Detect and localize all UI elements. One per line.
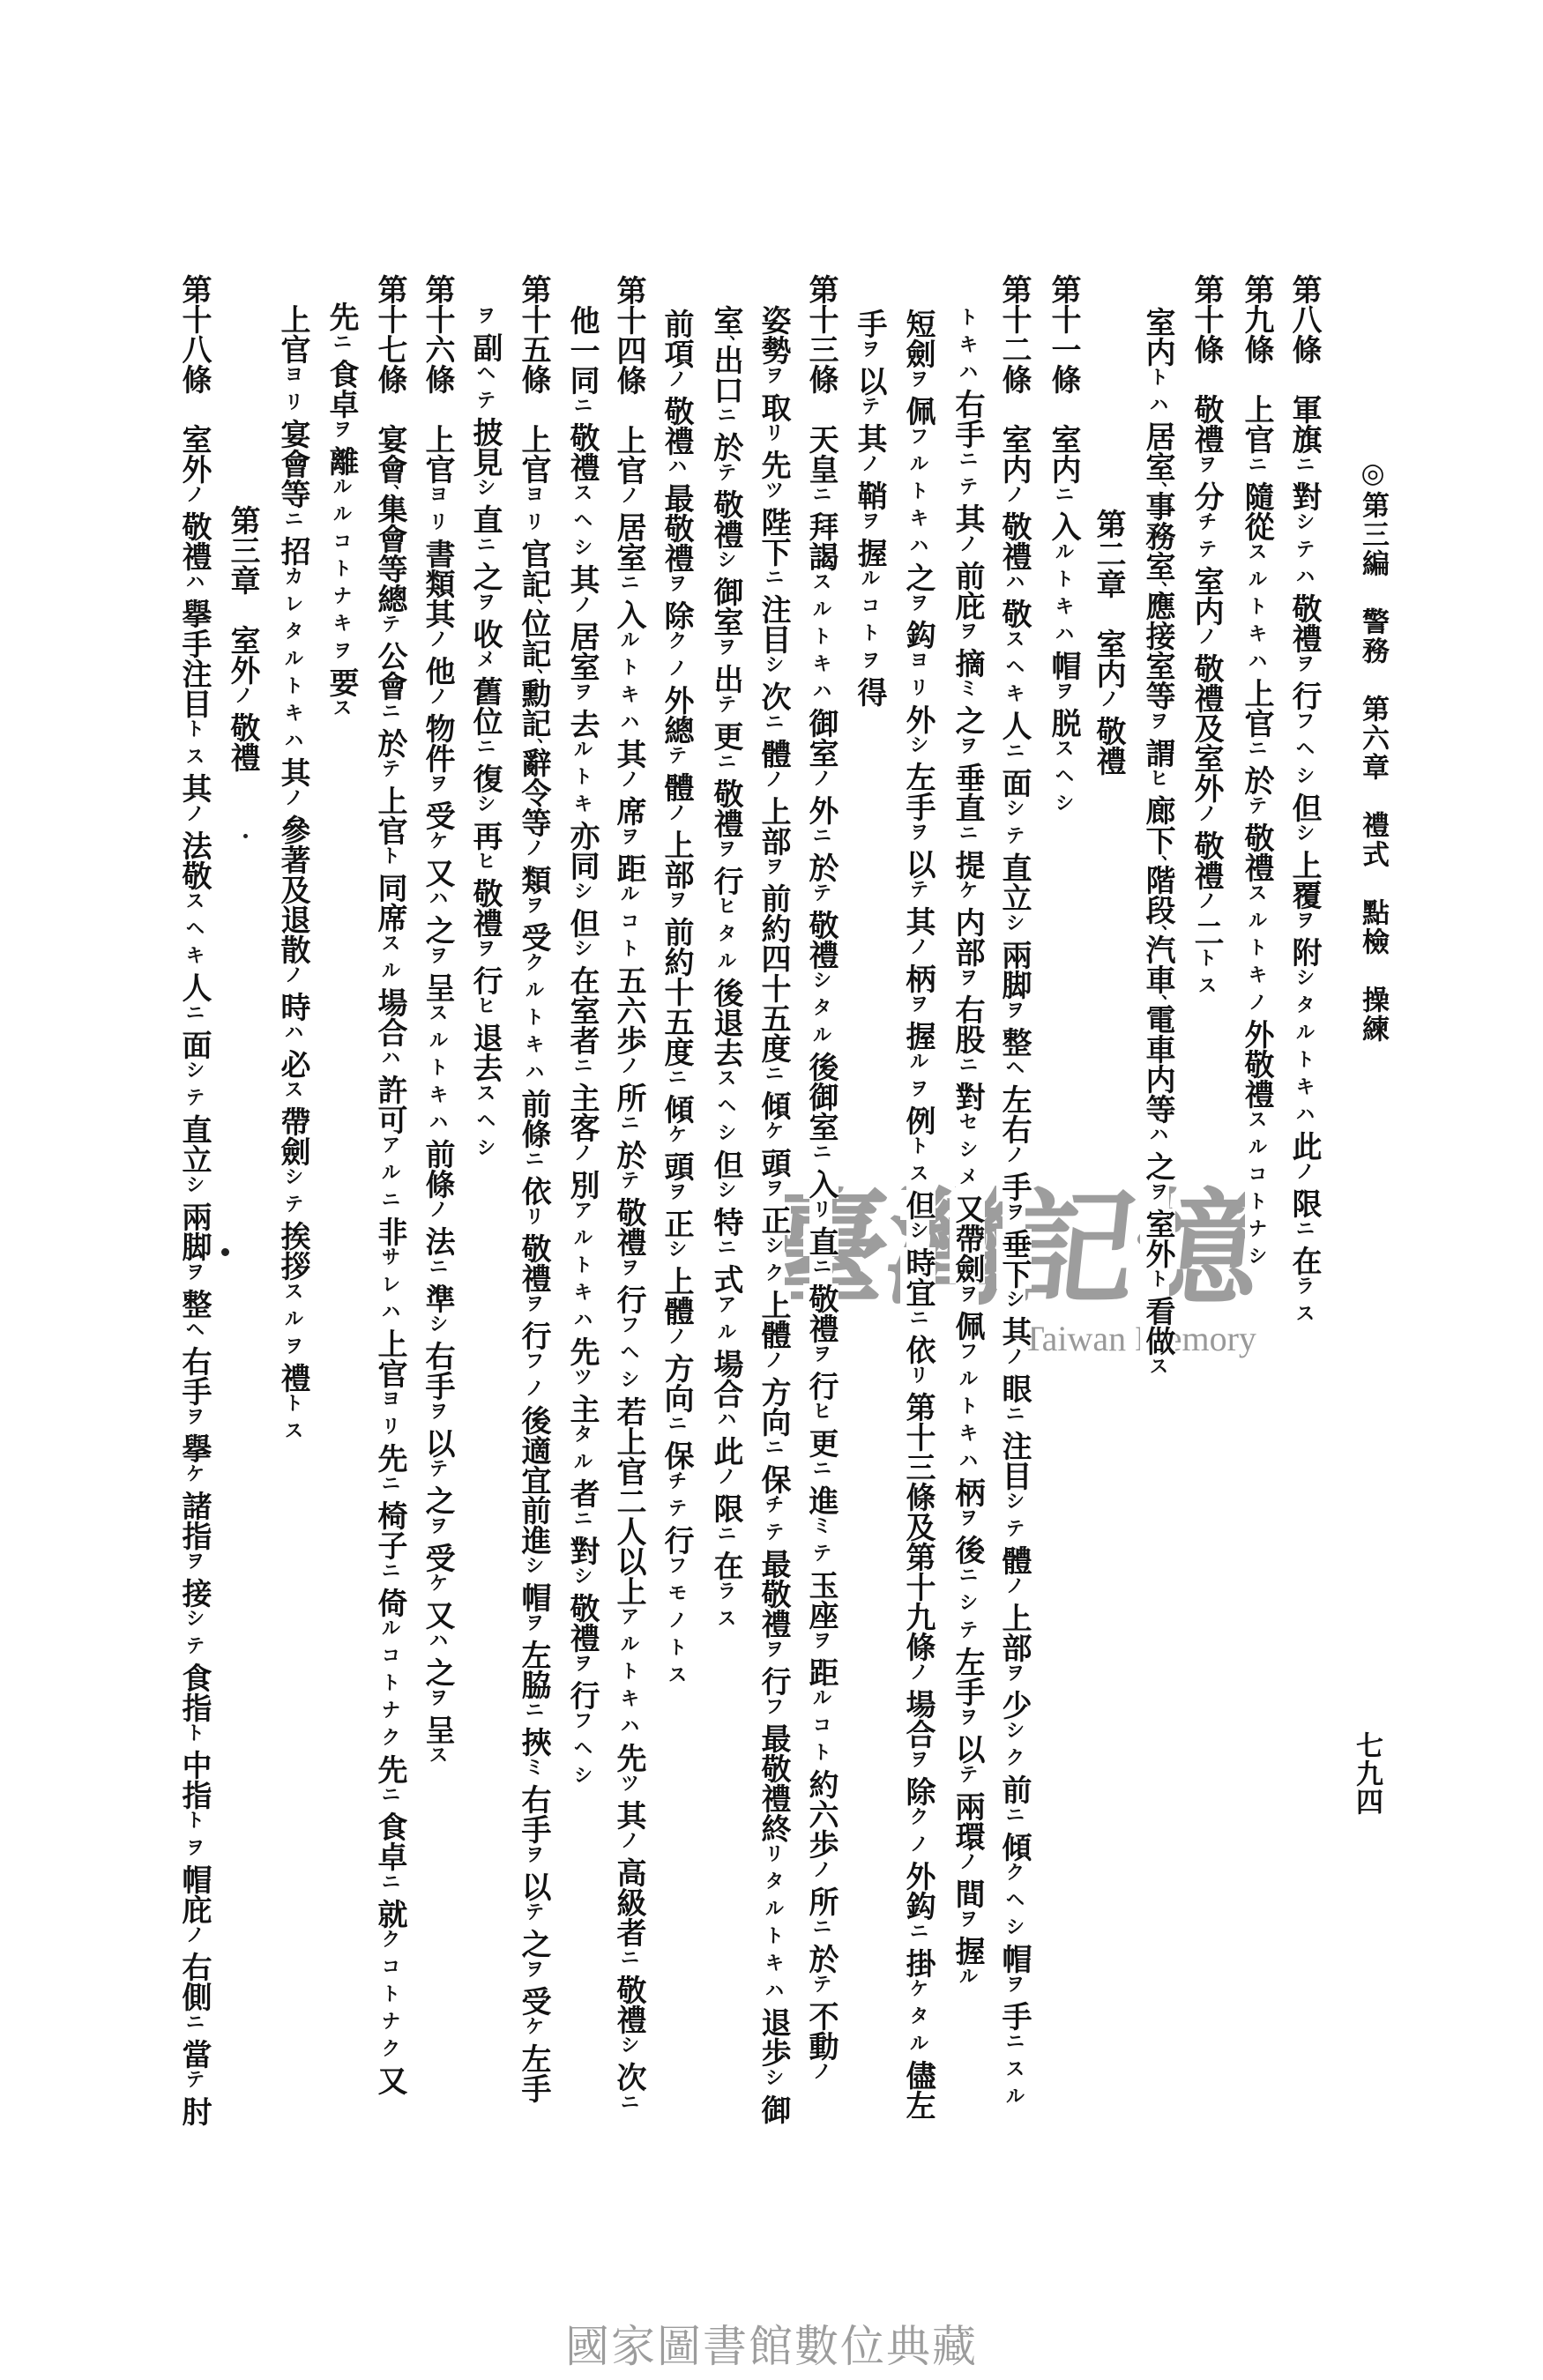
kana-glyph: キ bbox=[762, 1952, 785, 1980]
kana-glyph: ク bbox=[1003, 1862, 1025, 1889]
kanji-glyph: 進 bbox=[803, 1485, 839, 1515]
kanji-glyph: 等 bbox=[275, 479, 310, 509]
kana-glyph: テ bbox=[956, 1619, 979, 1647]
kanji-glyph: 敬 bbox=[1091, 716, 1126, 746]
kana-glyph: タ bbox=[809, 997, 832, 1024]
kana-glyph: ノ bbox=[906, 1662, 929, 1689]
kana-glyph: ヘ bbox=[1003, 1057, 1025, 1084]
kanji-glyph: 手 bbox=[996, 1171, 1032, 1201]
kanji-glyph: 六 bbox=[420, 334, 455, 364]
kana-glyph: シ bbox=[809, 970, 832, 997]
kanji-glyph: 體 bbox=[756, 739, 791, 769]
kanji-glyph: 第 bbox=[1189, 274, 1224, 304]
kana-glyph: ニ bbox=[281, 509, 304, 536]
kana-glyph: テ bbox=[1003, 825, 1025, 852]
kanji-glyph: 其 bbox=[852, 423, 887, 453]
kanji-glyph: 左 bbox=[516, 2043, 551, 2073]
kanji-glyph: 檢 bbox=[1357, 927, 1389, 956]
kana-glyph: ノ bbox=[906, 936, 929, 963]
kanji-glyph: 姿 bbox=[756, 305, 791, 335]
kanji-glyph: 行 bbox=[564, 1680, 600, 1710]
kanji-glyph: 度 bbox=[756, 1033, 791, 1063]
kana-glyph: ナ bbox=[330, 585, 353, 613]
kanji-glyph: 第 bbox=[1091, 509, 1126, 539]
kanji-glyph: 條 bbox=[516, 364, 551, 394]
kana-glyph: シ bbox=[473, 1137, 496, 1164]
kanji-glyph: 室 bbox=[708, 305, 743, 335]
kana-glyph: タ bbox=[281, 621, 304, 648]
kana-glyph: ハ bbox=[1146, 1124, 1169, 1151]
kana-glyph: コ bbox=[1245, 1164, 1268, 1191]
kanji-glyph: 見 bbox=[467, 447, 503, 477]
kana-glyph: ル bbox=[617, 1633, 640, 1661]
kanji-glyph: 兩 bbox=[950, 1791, 985, 1821]
kana-glyph: ツ bbox=[762, 480, 785, 507]
kanji-glyph: 左 bbox=[996, 1084, 1032, 1114]
kana-glyph: ニ bbox=[617, 572, 640, 599]
kanji-glyph: 之 bbox=[950, 705, 985, 735]
kanji-glyph: 去 bbox=[467, 1052, 503, 1082]
kanji-glyph: 二 bbox=[996, 334, 1032, 364]
kanji-glyph: 帽 bbox=[996, 1944, 1032, 1974]
kanji-glyph: 距 bbox=[611, 853, 646, 883]
kana-glyph: ク bbox=[1003, 1747, 1025, 1774]
kana-glyph: ヒ bbox=[473, 995, 496, 1023]
kana-glyph: ヲ bbox=[906, 993, 929, 1021]
kanji-glyph: 第 bbox=[1357, 695, 1389, 724]
kanji-glyph: 正 bbox=[659, 1209, 694, 1238]
kanji-glyph: 三 bbox=[900, 1452, 935, 1482]
kanji-glyph: 帶 bbox=[275, 1106, 310, 1136]
kanji-glyph: 室 bbox=[803, 1112, 839, 1142]
kana-glyph: ヘ bbox=[1003, 1889, 1025, 1916]
kana-glyph: フ bbox=[570, 1710, 593, 1737]
kana-glyph: ヘ bbox=[1293, 738, 1316, 765]
kanji-glyph: 三 bbox=[1357, 520, 1389, 549]
kana-glyph: ノ bbox=[617, 485, 640, 512]
kanji-glyph: 擧 bbox=[176, 1433, 212, 1463]
kana-glyph: ニ bbox=[1003, 1804, 1025, 1832]
kana-glyph: シ bbox=[1293, 967, 1316, 994]
kana-glyph: ニ bbox=[330, 331, 353, 359]
kanji-glyph: 内 bbox=[1046, 454, 1081, 484]
kanji-glyph: 但 bbox=[708, 1149, 743, 1179]
kanji-glyph: 上 bbox=[756, 1290, 791, 1320]
kana-glyph: シ bbox=[1052, 792, 1075, 820]
kanji-glyph: 應 bbox=[1140, 591, 1175, 621]
kanji-glyph: 約 bbox=[803, 1769, 839, 1799]
kana-glyph: ヲ bbox=[1146, 710, 1169, 738]
kanji-glyph: 令 bbox=[516, 777, 551, 807]
kanji-glyph: 肘 bbox=[176, 2096, 212, 2126]
kanji-glyph: 前 bbox=[756, 883, 791, 913]
kana-glyph: ハ bbox=[1003, 571, 1025, 599]
kanji-glyph: 禮 bbox=[708, 808, 743, 838]
kanji-glyph: 務 bbox=[1357, 636, 1389, 666]
kanji-glyph: 外 bbox=[803, 795, 839, 825]
kana-glyph: ニ bbox=[714, 751, 737, 778]
kanji-glyph: 直 bbox=[803, 1226, 839, 1256]
kanji-glyph: 其 bbox=[564, 564, 600, 594]
kanji-glyph: 右 bbox=[996, 1114, 1032, 1144]
kana-glyph: ル bbox=[714, 1321, 737, 1349]
kanji-glyph: 此 bbox=[1286, 1131, 1322, 1161]
kanji-glyph: 内 bbox=[1189, 596, 1224, 626]
kanji-glyph: 十 bbox=[996, 304, 1032, 334]
kanji-glyph: 官 bbox=[372, 815, 407, 845]
kana-glyph: ケ bbox=[906, 1978, 929, 2005]
kana-glyph: ノ bbox=[1195, 626, 1218, 653]
kana-glyph: リ bbox=[762, 422, 785, 450]
kana-glyph: ル bbox=[617, 629, 640, 657]
kanji-glyph: 章 bbox=[1091, 569, 1126, 599]
kanji-glyph: 食 bbox=[324, 359, 359, 389]
kanji-glyph: 合 bbox=[372, 1017, 407, 1047]
kanji-glyph: 上 bbox=[1286, 850, 1322, 880]
kanji-glyph: 事 bbox=[1140, 491, 1175, 521]
kana-glyph: ル bbox=[570, 1227, 593, 1254]
kana-glyph: キ bbox=[1003, 683, 1025, 710]
kanji-glyph: 劍 bbox=[900, 338, 935, 368]
kana-glyph: ヲ bbox=[665, 573, 688, 600]
kanji-glyph: 適 bbox=[516, 1435, 551, 1465]
kanji-glyph: 禮 bbox=[659, 426, 694, 456]
kanji-glyph: 呈 bbox=[420, 1714, 455, 1744]
kanji-glyph: 條 bbox=[996, 364, 1032, 394]
running-head: ◎第三編 警務 第六章 禮式 點檢 操練 bbox=[1359, 457, 1387, 1044]
kana-glyph: ハ bbox=[1245, 651, 1268, 678]
kanji-glyph: 帽 bbox=[176, 1864, 212, 1894]
article-17-line-3: 上官ヨリ宴會等ニ招カレタルトキハ其ノ參著及退散ノ時ハ必ス帶劍シテ挨拶スルヲ禮トス bbox=[278, 304, 308, 1447]
kanji-glyph: 内 bbox=[1140, 337, 1175, 367]
kana-glyph: ノ bbox=[183, 1924, 205, 1952]
kanji-glyph: 第 bbox=[225, 505, 260, 535]
kana-glyph: ス bbox=[809, 571, 832, 599]
kana-glyph: ナ bbox=[378, 1699, 401, 1727]
kanji-glyph: 眼 bbox=[996, 1373, 1032, 1403]
kanji-glyph: 四 bbox=[611, 335, 646, 365]
kana-glyph: ニ bbox=[762, 1437, 785, 1464]
kanji-glyph: 類 bbox=[516, 865, 551, 895]
kana-glyph: リ bbox=[378, 1416, 401, 1443]
kanji-glyph: 指 bbox=[176, 1780, 212, 1810]
kana-glyph: ノ bbox=[665, 658, 688, 685]
kana-glyph: キ bbox=[1245, 964, 1268, 992]
kanji-glyph: 六 bbox=[803, 1799, 839, 1829]
kana-glyph: ト bbox=[906, 480, 929, 508]
kana-glyph: ハ bbox=[1293, 566, 1316, 593]
kanji-glyph: 手 bbox=[176, 1376, 212, 1406]
kanji-glyph: 但 bbox=[564, 908, 600, 938]
kana-glyph: ノ bbox=[665, 1326, 688, 1353]
kana-glyph: キ bbox=[426, 1084, 449, 1112]
kanji-glyph: 者 bbox=[564, 1025, 600, 1055]
kanji-glyph: 拶 bbox=[275, 1251, 310, 1281]
kanji-glyph: 椅 bbox=[372, 1500, 407, 1530]
kanji-glyph: 宜 bbox=[516, 1465, 551, 1495]
kanji-glyph: 限 bbox=[708, 1493, 743, 1523]
kanji-glyph: 之 bbox=[516, 1929, 551, 1959]
kana-glyph: リ bbox=[809, 1199, 832, 1226]
kana-glyph: タ bbox=[570, 1424, 593, 1451]
kanji-glyph: 物 bbox=[420, 713, 455, 743]
kanji-glyph: 第 bbox=[996, 274, 1032, 304]
kana-glyph: ヲ bbox=[1003, 1662, 1025, 1690]
kana-glyph: ハ bbox=[762, 1980, 785, 2007]
kanji-glyph: 官 bbox=[611, 1456, 646, 1486]
kana-glyph: シ bbox=[714, 1122, 737, 1149]
kanji-glyph: 席 bbox=[611, 796, 646, 826]
kanji-glyph: 先 bbox=[564, 1336, 600, 1366]
kanji-glyph: 整 bbox=[176, 1289, 212, 1319]
kanji-glyph: 位 bbox=[467, 706, 503, 736]
kanji-glyph: 室 bbox=[803, 738, 839, 768]
kanji-glyph: 敬 bbox=[996, 511, 1032, 541]
kana-glyph: ヲ bbox=[426, 1401, 449, 1428]
kana-glyph: ヲ bbox=[617, 826, 640, 853]
kanji-glyph: 手 bbox=[420, 1371, 455, 1401]
kana-glyph: キ bbox=[1052, 596, 1075, 623]
kana-glyph: ス bbox=[1146, 1356, 1169, 1383]
kanji-glyph: 前 bbox=[516, 1495, 551, 1525]
kanji-glyph: 第 bbox=[176, 274, 212, 304]
kanji-glyph: 天 bbox=[803, 424, 839, 454]
comma-glyph: 、 bbox=[523, 668, 544, 678]
kana-glyph: ツ bbox=[570, 1366, 593, 1394]
kanji-glyph: 部 bbox=[996, 1633, 1032, 1662]
kanji-glyph: 食 bbox=[176, 1662, 212, 1692]
article-15-line-1: 第十五條 上官ヨリ官記、位記、勳記、辭令等ノ類ヲ受クルトキハ前條ニ依リ敬禮ヲ行フ… bbox=[518, 274, 548, 2103]
kana-glyph: シ bbox=[1293, 511, 1316, 539]
kanji-glyph: 十 bbox=[420, 304, 455, 334]
kanji-glyph: 下 bbox=[756, 537, 791, 567]
kana-glyph: ノ bbox=[426, 686, 449, 713]
kanji-glyph: 記 bbox=[516, 708, 551, 738]
kanji-glyph: 退 bbox=[467, 1023, 503, 1052]
kanji-glyph: 二 bbox=[611, 1486, 646, 1516]
kanji-glyph: 軍 bbox=[1286, 394, 1322, 424]
kanji-glyph: 他 bbox=[420, 656, 455, 686]
kanji-glyph: 歩 bbox=[611, 1025, 646, 1055]
kana-glyph: ヲ bbox=[522, 1612, 545, 1640]
kana-glyph: ラ bbox=[1293, 1276, 1316, 1303]
kana-glyph: シ bbox=[473, 477, 496, 504]
article-18-line-1: 第十八條 室外ノ敬禮ハ擧手注目トス其ノ法敬スヘキ人ニ面シテ直立シ兩脚ヲ整ヘ右手ヲ… bbox=[179, 274, 209, 2126]
kanji-glyph: 行 bbox=[756, 1666, 791, 1696]
kanji-glyph: 脇 bbox=[516, 1670, 551, 1699]
kanji-glyph: 披 bbox=[467, 417, 503, 447]
kanji-glyph: 禮 bbox=[467, 908, 503, 938]
kanji-glyph: 八 bbox=[1286, 304, 1322, 334]
kana-glyph: ル bbox=[809, 1687, 832, 1714]
kanji-glyph: 直 bbox=[950, 792, 985, 822]
kana-glyph: ニ bbox=[714, 405, 737, 432]
kana-glyph: チ bbox=[1195, 511, 1218, 539]
kanji-glyph: 法 bbox=[176, 830, 212, 860]
kanji-glyph: 招 bbox=[275, 536, 310, 566]
kana-glyph: テ bbox=[1195, 539, 1218, 566]
kana-glyph: キ bbox=[956, 1423, 979, 1450]
kanji-glyph: 條 bbox=[1239, 334, 1274, 364]
kanji-glyph: 室 bbox=[176, 424, 212, 454]
kanji-glyph: 條 bbox=[803, 364, 839, 394]
kana-glyph: ノ bbox=[809, 768, 832, 795]
kanji-glyph: 第 bbox=[1046, 274, 1081, 304]
kana-glyph: シ bbox=[762, 1235, 785, 1262]
kana-glyph: ハ bbox=[665, 456, 688, 483]
kanji-glyph: 行 bbox=[1286, 681, 1322, 710]
kanji-glyph: 類 bbox=[420, 569, 455, 599]
kanji-glyph: 章 bbox=[225, 565, 260, 595]
kana-glyph: カ bbox=[281, 566, 304, 593]
kanji-glyph: 禮 bbox=[611, 2004, 646, 2034]
kana-glyph: ル bbox=[570, 739, 593, 766]
kana-glyph: キ bbox=[617, 684, 640, 711]
kanji-glyph: 敬 bbox=[176, 860, 212, 890]
kana-glyph: ル bbox=[1003, 2086, 1025, 2113]
kanji-glyph: 同 bbox=[372, 873, 407, 903]
kanji-glyph: 儘 bbox=[900, 2060, 935, 2090]
kana-glyph: ノ bbox=[665, 1610, 688, 1637]
kanji-glyph: 側 bbox=[176, 1982, 212, 2012]
kanji-glyph: 在 bbox=[1286, 1246, 1322, 1276]
kana-glyph: ケ bbox=[426, 1573, 449, 1600]
kana-glyph: ヲ bbox=[522, 1959, 545, 1986]
kanji-glyph: 内 bbox=[1140, 1064, 1175, 1094]
kanji-glyph: 特 bbox=[708, 1207, 743, 1237]
kanji-glyph: 鞘 bbox=[852, 480, 887, 510]
kanji-glyph: 條 bbox=[611, 365, 646, 395]
kanji-glyph: 方 bbox=[659, 1353, 694, 1383]
kanji-glyph: 先 bbox=[611, 1743, 646, 1773]
kanji-glyph: 帽 bbox=[1046, 651, 1081, 681]
kanji-glyph: 以 bbox=[852, 366, 887, 396]
kana-glyph: ヲ bbox=[426, 773, 449, 800]
kana-glyph: シ bbox=[570, 1765, 593, 1792]
kanji-glyph: 面 bbox=[996, 768, 1032, 798]
kanji-glyph: 挾 bbox=[516, 1727, 551, 1757]
kanji-glyph: 不 bbox=[803, 2001, 839, 2031]
kana-glyph: テ bbox=[183, 2069, 205, 2096]
kana-glyph: ニ bbox=[378, 1473, 401, 1500]
kana-glyph: テ bbox=[1245, 795, 1268, 822]
kanji-glyph: 之 bbox=[420, 1657, 455, 1687]
kanji-glyph: 垂 bbox=[996, 1229, 1032, 1259]
kana-glyph: ヲ bbox=[183, 1406, 205, 1433]
kana-glyph: ル bbox=[330, 476, 353, 503]
kana-glyph: リ bbox=[762, 1843, 785, 1871]
kanji-glyph: 五 bbox=[611, 965, 646, 995]
kanji-glyph: 他 bbox=[564, 305, 600, 335]
kanji-glyph: 總 bbox=[372, 584, 407, 614]
kana-glyph: ヨ bbox=[378, 1388, 401, 1416]
kana-glyph: ニ bbox=[906, 1307, 929, 1335]
kanji-glyph: 五 bbox=[659, 1007, 694, 1037]
kanji-glyph: 於 bbox=[611, 1140, 646, 1170]
kanji-glyph: 前 bbox=[659, 309, 694, 338]
kanji-glyph: 在 bbox=[708, 1551, 743, 1580]
kana-glyph: ク bbox=[906, 1806, 929, 1833]
kana-glyph: ヲ bbox=[956, 1283, 979, 1311]
kanji-glyph: 室 bbox=[1091, 628, 1126, 658]
kanji-glyph: 前 bbox=[950, 561, 985, 591]
kanji-glyph: 同 bbox=[564, 851, 600, 881]
kana-glyph: シ bbox=[956, 1139, 979, 1166]
kana-glyph: メ bbox=[956, 1166, 979, 1194]
kanji-glyph: 出 bbox=[708, 345, 743, 375]
kana-glyph: ア bbox=[617, 1606, 640, 1633]
kana-glyph: ヒ bbox=[473, 851, 496, 878]
kana-glyph: ニ bbox=[570, 1508, 593, 1536]
kanji-glyph: ◎ bbox=[1357, 457, 1389, 491]
kana-glyph: ニ bbox=[809, 1916, 832, 1944]
article-14-line-1: 第十四條 上官ノ居室ニ入ルトキハ其ノ席ヲ距ルコト五六歩ノ所ニ於テ敬禮ヲ行フヘシ若… bbox=[614, 275, 644, 2119]
kanji-glyph: 場 bbox=[708, 1349, 743, 1379]
kana-glyph: シ bbox=[183, 1174, 205, 1201]
kanji-glyph: 十 bbox=[803, 304, 839, 334]
kana-glyph: テ bbox=[665, 745, 688, 772]
comma-glyph: 、 bbox=[1147, 925, 1168, 934]
kanji-glyph: 辭 bbox=[516, 747, 551, 777]
kanji-glyph: 準 bbox=[420, 1283, 455, 1313]
kanji-glyph: 但 bbox=[900, 1190, 935, 1220]
kanji-glyph: 及 bbox=[275, 874, 310, 904]
comma-glyph: 、 bbox=[1147, 581, 1168, 591]
kanji-glyph: 股 bbox=[950, 1024, 985, 1054]
kanji-glyph: 上 bbox=[420, 424, 455, 454]
kana-glyph: ヲ bbox=[956, 735, 979, 762]
kanji-glyph: 條 bbox=[420, 364, 455, 394]
kanji-glyph: 位 bbox=[516, 608, 551, 638]
kanji-glyph: 又 bbox=[420, 858, 455, 888]
kanji-glyph: 禮 bbox=[1091, 746, 1126, 776]
kana-glyph: リ bbox=[522, 511, 545, 539]
kana-glyph: ス bbox=[330, 697, 353, 725]
kanji-glyph: 指 bbox=[176, 1692, 212, 1722]
kana-glyph: ニ bbox=[956, 1054, 979, 1082]
kana-glyph: ト bbox=[617, 938, 640, 965]
kanji-glyph: 手 bbox=[516, 2073, 551, 2103]
kanji-glyph: 握 bbox=[852, 538, 887, 568]
kanji-glyph: 又 bbox=[950, 1194, 985, 1223]
kana-glyph: ニ bbox=[809, 1142, 832, 1169]
kana-glyph: ヲ bbox=[473, 591, 496, 619]
kanji-glyph: 法 bbox=[420, 1226, 455, 1256]
kana-glyph: ヒ bbox=[809, 1401, 832, 1428]
kana-glyph: シ bbox=[617, 1369, 640, 1396]
kanji-glyph: 可 bbox=[372, 1104, 407, 1134]
kanji-glyph: 行 bbox=[611, 1284, 646, 1314]
kanji-glyph: 目 bbox=[996, 1461, 1032, 1491]
kana-glyph: キ bbox=[956, 334, 979, 361]
kanji-glyph: 其 bbox=[420, 599, 455, 628]
kanji-glyph: 取 bbox=[756, 392, 791, 422]
kanji-glyph: 五 bbox=[516, 334, 551, 364]
kana-glyph: フ bbox=[956, 1341, 979, 1368]
article-13-line-3: 室、出口ニ於テ敬禮シ御室ヲ出テ更ニ敬禮ヲ行ヒタル後退去スヘシ但シ特ニ式アル場合ハ… bbox=[711, 305, 741, 1635]
kanji-glyph: 敬 bbox=[1189, 653, 1224, 683]
kanji-glyph: 等 bbox=[1140, 681, 1175, 710]
kana-glyph: ヲ bbox=[281, 1335, 304, 1363]
kana-glyph: ル bbox=[426, 1030, 449, 1057]
kana-glyph: ス bbox=[1003, 628, 1025, 656]
kanji-glyph: 室 bbox=[1140, 1209, 1175, 1238]
kana-glyph: ハ bbox=[617, 711, 640, 739]
kana-glyph: シ bbox=[522, 1555, 545, 1582]
kanji-glyph: 室 bbox=[1140, 307, 1175, 337]
kanji-glyph: 以 bbox=[611, 1546, 646, 1576]
kanji-glyph: 車 bbox=[1140, 1034, 1175, 1064]
